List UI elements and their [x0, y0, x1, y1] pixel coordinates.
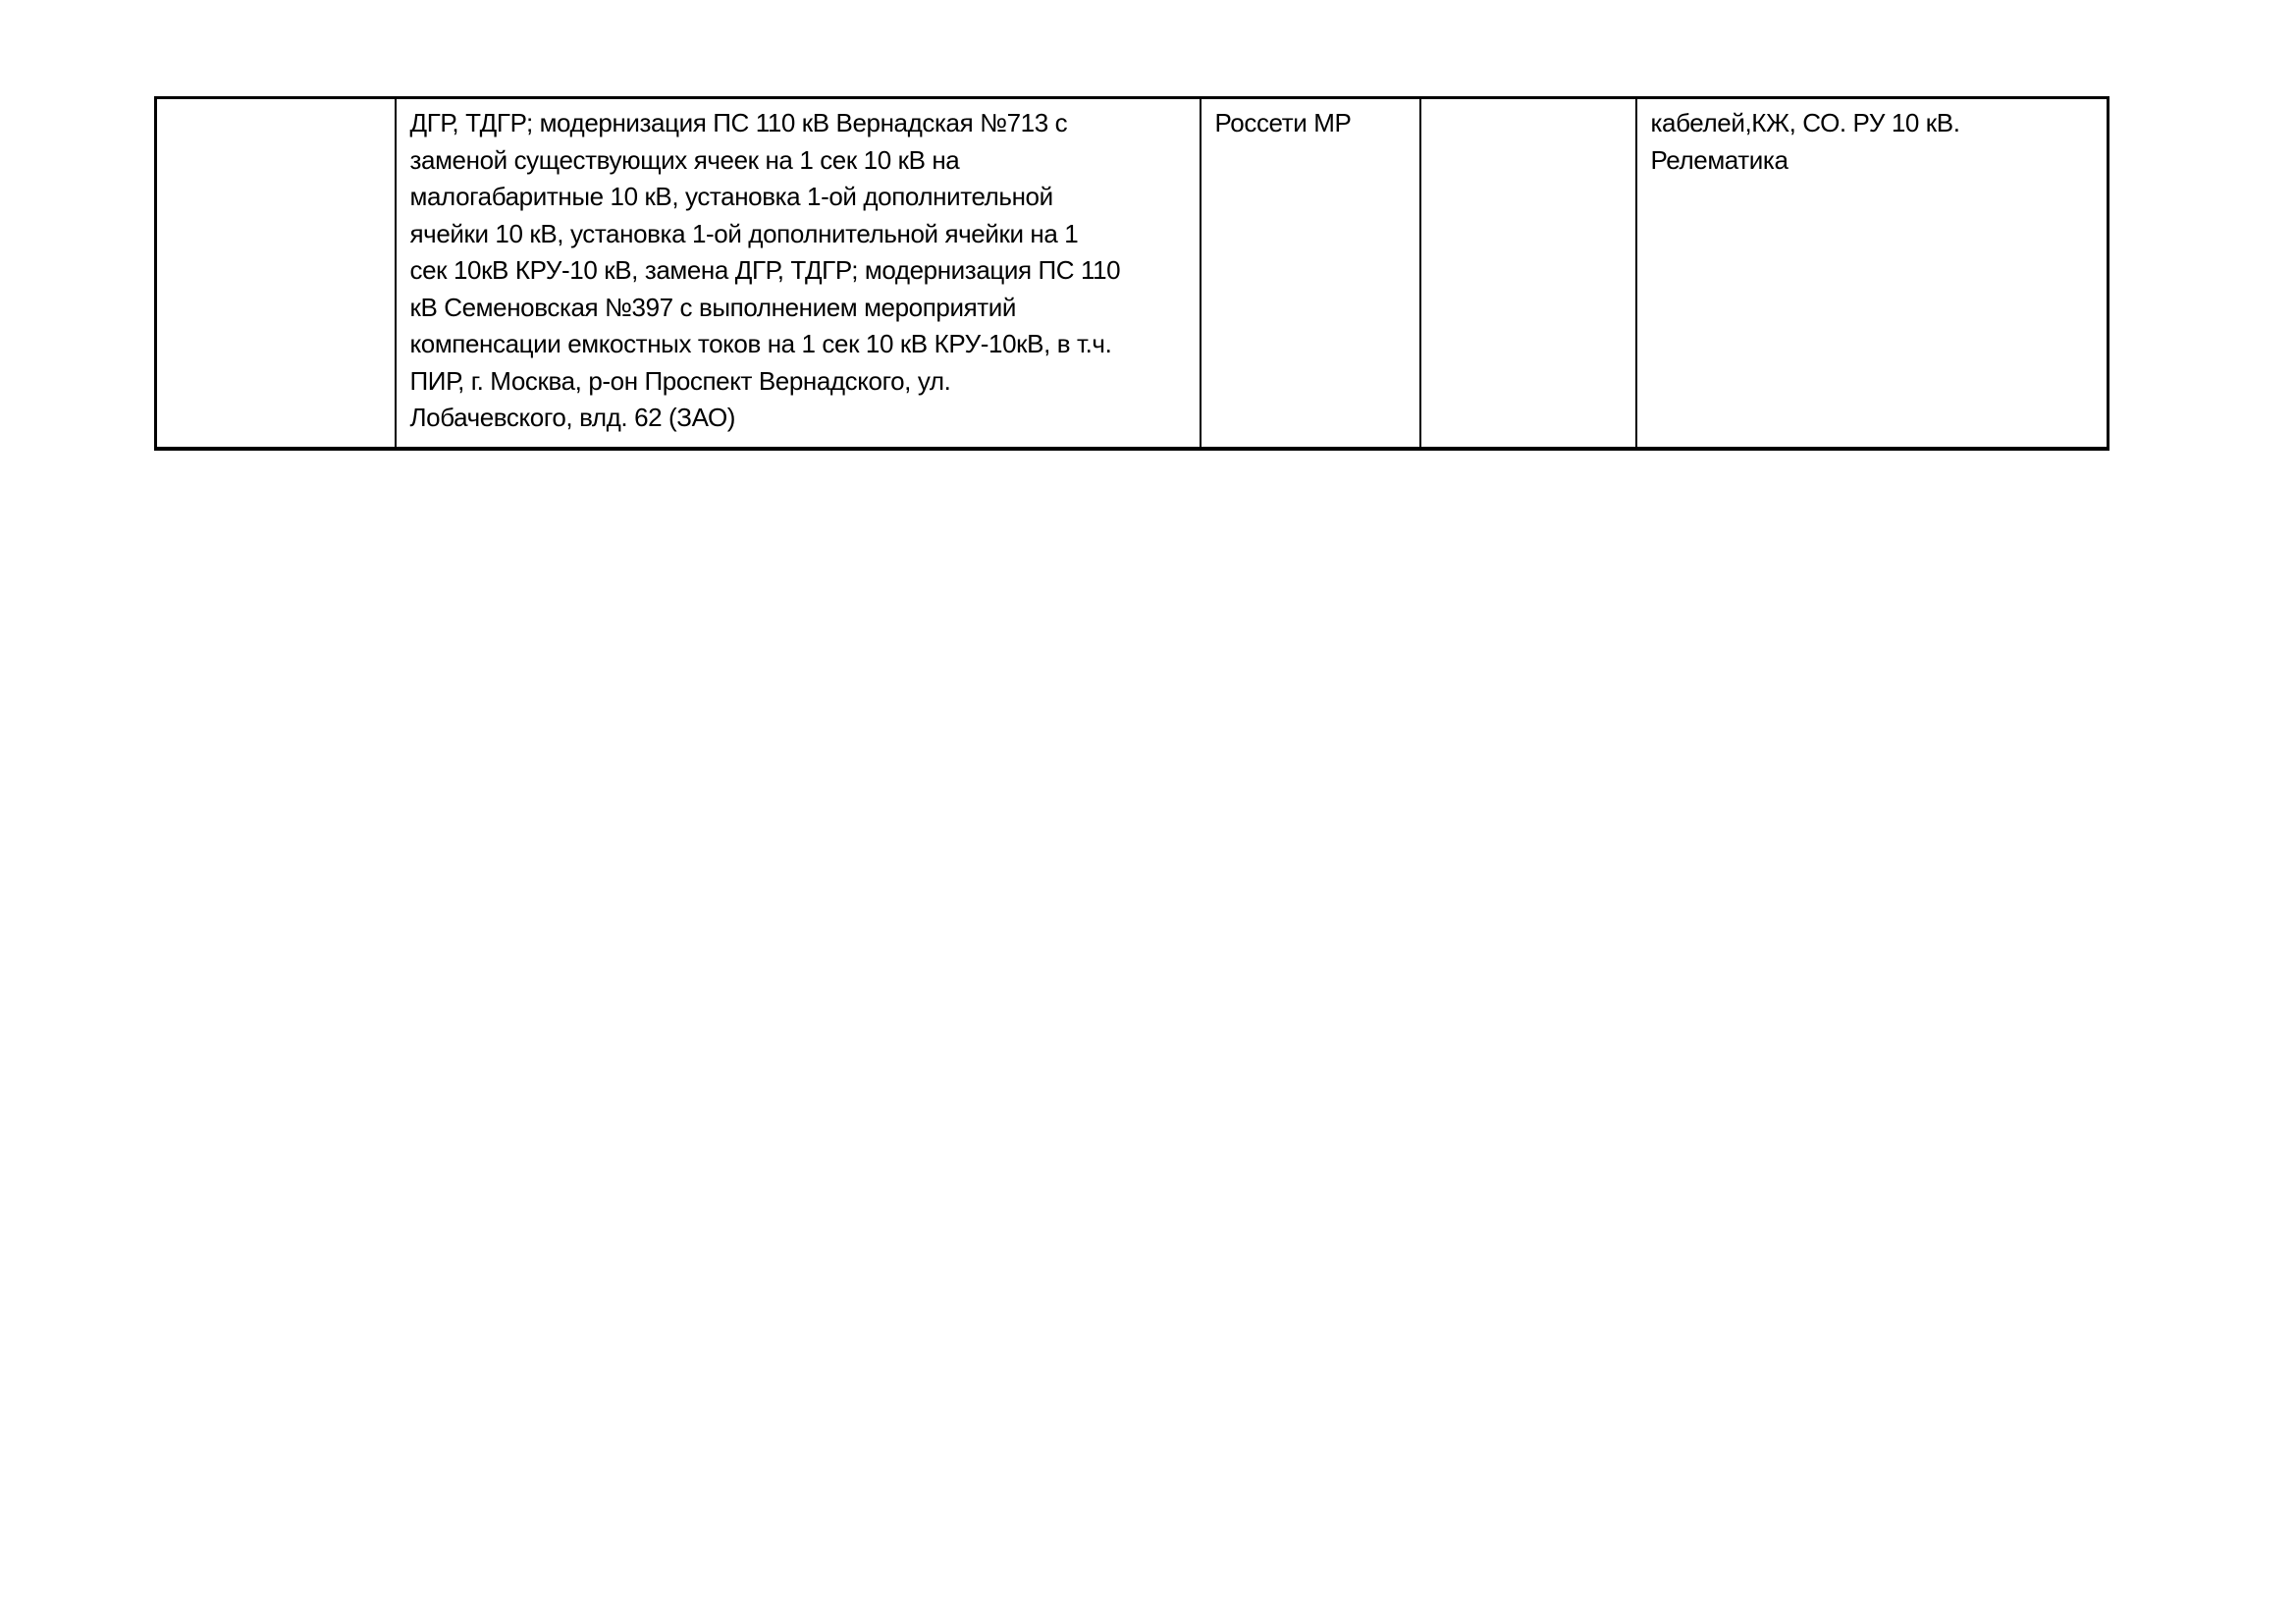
table-cell-organization: Россети МР — [1201, 98, 1420, 450]
text-line: заменой существующих ячеек на 1 сек 10 к… — [410, 142, 1186, 180]
notes-line: Релематика — [1651, 142, 2094, 180]
table-cell-description: ДГР, ТДГР; модернизация ПС 110 кВ Вернад… — [396, 98, 1201, 450]
text-line: Лобачевского, влд. 62 (ЗАО) — [410, 400, 1186, 437]
table-cell-number — [156, 98, 396, 450]
text-line: сек 10кВ КРУ-10 кВ, замена ДГР, ТДГР; мо… — [410, 252, 1186, 290]
text-line: малогабаритные 10 кВ, установка 1-ой доп… — [410, 179, 1186, 216]
text-line: ячейки 10 кВ, установка 1-ой дополнитель… — [410, 216, 1186, 253]
organization-text: Россети МР — [1215, 105, 1406, 142]
text-line: кВ Семеновская №397 с выполнением меропр… — [410, 290, 1186, 327]
description-text: ДГР, ТДГР; модернизация ПС 110 кВ Вернад… — [410, 105, 1186, 437]
document-page: ДГР, ТДГР; модернизация ПС 110 кВ Вернад… — [0, 0, 2296, 1624]
text-line: ПИР, г. Москва, р-он Проспект Вернадског… — [410, 363, 1186, 401]
text-line: компенсации емкостных токов на 1 сек 10 … — [410, 326, 1186, 363]
table-cell-empty — [1420, 98, 1636, 450]
table-row: ДГР, ТДГР; модернизация ПС 110 кВ Вернад… — [156, 98, 2109, 450]
data-table: ДГР, ТДГР; модернизация ПС 110 кВ Вернад… — [154, 96, 2109, 451]
notes-line: кабелей,КЖ, СО. РУ 10 кВ. — [1651, 105, 2094, 142]
text-line: ДГР, ТДГР; модернизация ПС 110 кВ Вернад… — [410, 105, 1186, 142]
table-cell-notes: кабелей,КЖ, СО. РУ 10 кВ. Релематика — [1636, 98, 2109, 450]
